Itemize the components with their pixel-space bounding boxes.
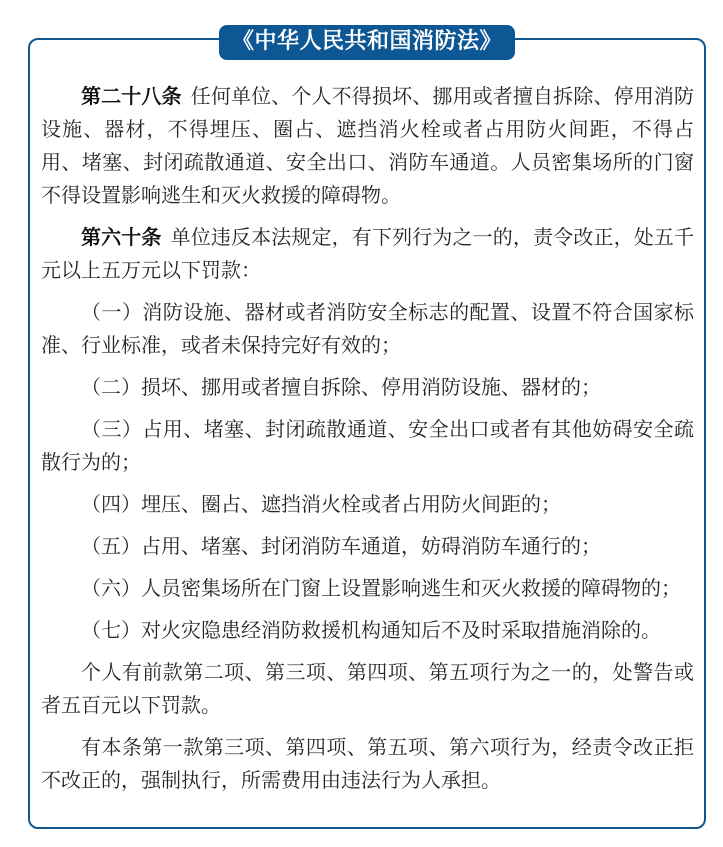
law-title-banner: 《中华人民共和国消防法》 — [219, 25, 515, 60]
individual-penalty-text: 个人有前款第二项、第三项、第四项、第五项行为之一的，处警告或者五百元以下罚款。 — [41, 660, 694, 717]
enforcement-paragraph: 有本条第一款第三项、第四项、第五项、第六项行为，经责令改正拒不改正的，强制执行，… — [41, 731, 694, 797]
item-2-text: （二）损坏、挪用或者擅自拆除、停用消防设施、器材的； — [81, 375, 601, 399]
article-28-number: 第二十八条 — [81, 84, 182, 108]
article-60-item-4: （四）埋压、圈占、遮挡消火栓或者占用防火间距的； — [41, 488, 694, 521]
article-60-item-6: （六）人员密集场所在门窗上设置影响逃生和灭火救援的障碍物的； — [41, 572, 694, 605]
item-6-text: （六）人员密集场所在门窗上设置影响逃生和灭火救援的障碍物的； — [81, 576, 681, 600]
item-7-text: （七）对火灾隐患经消防救援机构通知后不及时采取措施消除的。 — [81, 618, 661, 642]
article-60-item-2: （二）损坏、挪用或者擅自拆除、停用消防设施、器材的； — [41, 371, 694, 404]
item-5-text: （五）占用、堵塞、封闭消防车通道，妨碍消防车通行的； — [81, 534, 601, 558]
article-60-item-1: （一）消防设施、器材或者消防安全标志的配置、设置不符合国家标准、行业标准，或者未… — [41, 296, 694, 362]
article-60-number: 第六十条 — [81, 225, 162, 249]
enforcement-text: 有本条第一款第三项、第四项、第五项、第六项行为，经责令改正拒不改正的，强制执行，… — [41, 735, 694, 792]
article-60-item-5: （五）占用、堵塞、封闭消防车通道，妨碍消防车通行的； — [41, 530, 694, 563]
law-content-box: 第二十八条任何单位、个人不得损坏、挪用或者擅自拆除、停用消防设施、器材，不得埋压… — [28, 38, 706, 829]
item-3-text: （三）占用、堵塞、封闭疏散通道、安全出口或者有其他妨碍安全疏散行为的； — [41, 417, 694, 474]
article-60-item-3: （三）占用、堵塞、封闭疏散通道、安全出口或者有其他妨碍安全疏散行为的； — [41, 413, 694, 479]
item-4-text: （四）埋压、圈占、遮挡消火栓或者占用防火间距的； — [81, 492, 561, 516]
law-title: 《中华人民共和国消防法》 — [232, 29, 502, 54]
article-60-paragraph: 第六十条单位违反本法规定，有下列行为之一的，责令改正，处五千元以上五万元以下罚款… — [41, 221, 694, 287]
article-28-paragraph: 第二十八条任何单位、个人不得损坏、挪用或者擅自拆除、停用消防设施、器材，不得埋压… — [41, 80, 694, 212]
individual-penalty-paragraph: 个人有前款第二项、第三项、第四项、第五项行为之一的，处警告或者五百元以下罚款。 — [41, 656, 694, 722]
article-60-item-7: （七）对火灾隐患经消防救援机构通知后不及时采取措施消除的。 — [41, 614, 694, 647]
item-1-text: （一）消防设施、器材或者消防安全标志的配置、设置不符合国家标准、行业标准，或者未… — [41, 300, 694, 357]
